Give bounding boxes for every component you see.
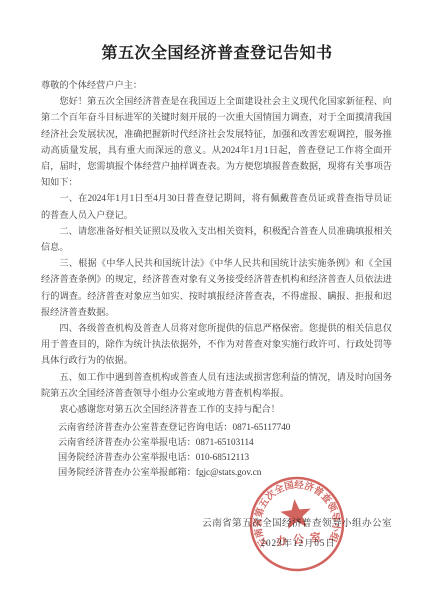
paragraph-item-2: 二、请您准备好相关证照以及收入支出相关资料，积极配合普查人员准确填报相关信息。 xyxy=(41,223,392,255)
paragraph-item-1: 一、在2024年1月1日至4月30日普查登记期间，将有佩戴普查员证或普查指导员证… xyxy=(41,190,392,222)
issue-date: 2023年12月05日 xyxy=(238,535,358,549)
contact-line-province-report-phone: 云南省经济普查办公室举报电话：0871-65103114 xyxy=(58,435,290,450)
document-title: 第五次全国经济普查登记告知书 xyxy=(0,40,434,63)
document-body: 尊敬的个体经营户户主： 您好！第五次全国经济普查是在我国迈上全面建设社会主义现代… xyxy=(41,77,392,417)
contact-line-state-report-phone: 国务院经济普查办公室举报电话：010-68512113 xyxy=(58,450,290,465)
contact-list: 云南省经济普查办公室普查登记咨询电话：0871-65117740 云南省经济普查… xyxy=(58,420,290,480)
issuer-signature: 云南省第五次全国经济普查领导小组办公室 xyxy=(202,515,392,529)
paragraph-item-4: 四、各级普查机构及普查人员将对您所提供的信息严格保密。您提供的相关信息仅用于普查… xyxy=(41,320,392,369)
paragraph-item-5: 五、如工作中遇到普查机构或普查人员有违法或损害您利益的情况，请及时向国务院第五次… xyxy=(41,369,392,401)
salutation: 尊敬的个体经营户户主： xyxy=(41,77,392,93)
document-page: 第五次全国经济普查登记告知书 尊敬的个体经营户户主： 您好！第五次全国经济普查是… xyxy=(0,0,434,600)
contact-line-consult-phone: 云南省经济普查办公室普查登记咨询电话：0871-65117740 xyxy=(58,420,290,435)
paragraph-intro: 您好！第五次全国经济普查是在我国迈上全面建设社会主义现代化国家新征程、向第二个百… xyxy=(41,93,392,190)
paragraph-item-3: 三、根据《中华人民共和国统计法》《中华人民共和国统计法实施条例》和《全国经济普查… xyxy=(41,255,392,320)
contact-line-report-email: 国务院经济普查办公室举报邮箱：fgjc@stats.gov.cn xyxy=(58,465,290,480)
paragraph-thanks: 衷心感谢您对第五次全国经济普查工作的支持与配合！ xyxy=(41,401,392,417)
